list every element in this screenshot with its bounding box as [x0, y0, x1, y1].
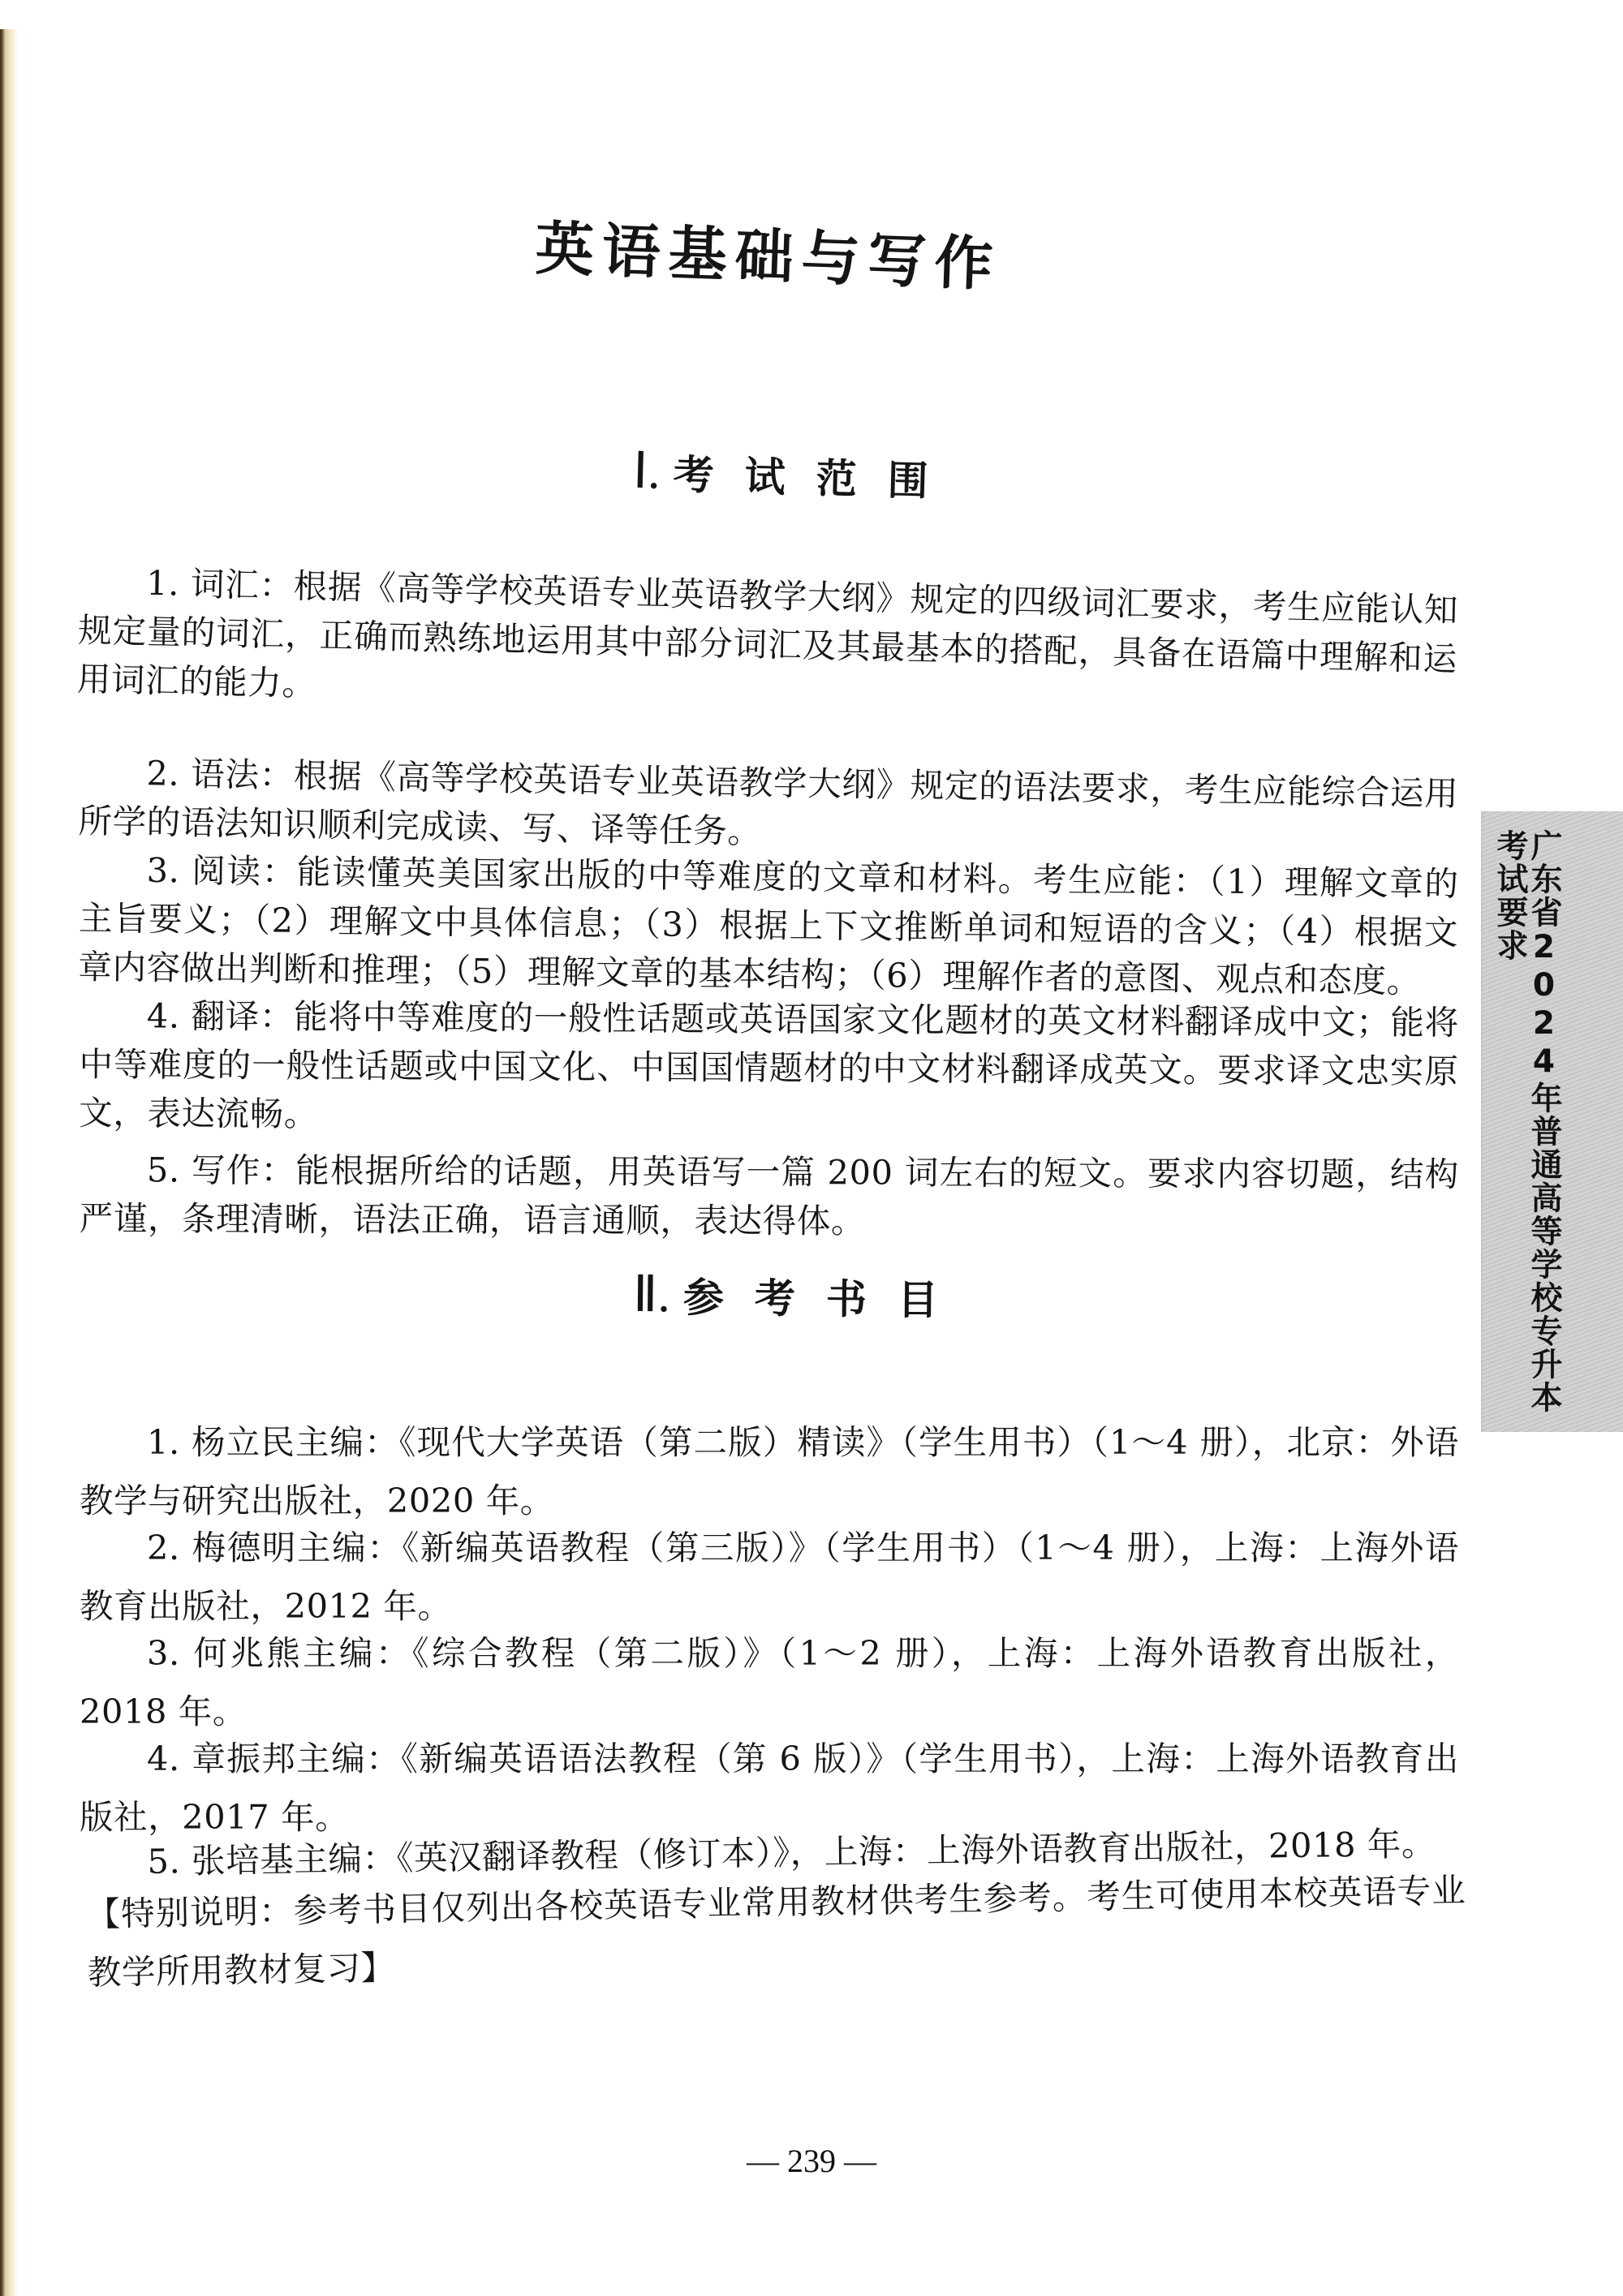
page-number: — 239 — — [706, 2142, 917, 2180]
section-numeral: Ⅱ. — [633, 1267, 671, 1322]
page-title: 英语基础与写作 — [534, 201, 1023, 303]
reference-item: 2. 梅德明主编：《新编英语教程（第三版）》（学生用书）（1～4 册），上海：上… — [80, 1519, 1459, 1636]
scope-item-reading: 3. 阅读：能读懂英美国家出版的中等难度的文章和材料。考生应能：（1）理解文章的… — [78, 845, 1459, 1006]
reference-item: 3. 何兆熊主编：《综合教程（第二版）》（1～2 册），上海：上海外语教育出版社… — [80, 1624, 1459, 1741]
side-thumb-tab: 广东省2024年普通高等学校专升本考试要求 — [1481, 811, 1623, 1432]
book-spine-shadow — [0, 29, 18, 2296]
section-heading-text: 考试范围 — [673, 450, 959, 505]
scope-item-translation: 4. 翻译：能将中等难度的一般性话题或英语国家文化题材的英文材料翻译成中文；能将… — [79, 991, 1459, 1145]
section-heading-exam-scope: Ⅰ.考试范围 — [632, 441, 960, 509]
scope-item-vocabulary: 1. 词汇：根据《高等学校英语专业英语教学大纲》规定的四级词汇要求，考生应能认知… — [76, 557, 1458, 733]
section-numeral: Ⅰ. — [632, 444, 661, 500]
special-note: 【特别说明：参考书目仅列出各校英语专业常用教材供考生参考。考生可使用本校英语专业… — [80, 1861, 1467, 2002]
section-heading-text: 参考书目 — [683, 1273, 970, 1324]
reference-item: 1. 杨立民主编：《现代大学英语（第二版）精读》（学生用书）（1～4 册），北京… — [80, 1413, 1459, 1530]
section-heading-references: Ⅱ.参考书目 — [633, 1264, 970, 1327]
side-tab-label: 广东省2024年普通高等学校专升本考试要求 — [1528, 829, 1561, 1432]
scope-item-writing: 5. 写作：能根据所给的话题，用英语写一篇 200 词左右的短文。要求内容切题，… — [80, 1146, 1459, 1248]
